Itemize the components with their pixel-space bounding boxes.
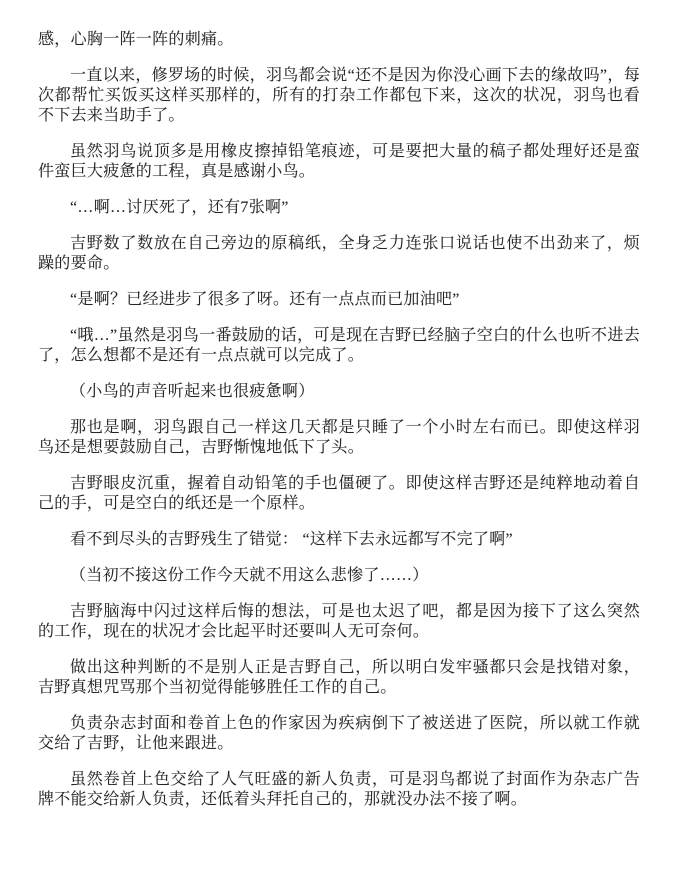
paragraph: 看不到尽头的吉野残生了错觉： “这样下去永远都写不完了啊” [38, 530, 640, 550]
paragraph: 那也是啊，羽鸟跟自己一样这几天都是只睡了一个小时左右而已。即使这样羽鸟还是想要鼓… [38, 418, 640, 458]
paragraph: 感，心胸一阵一阵的刺痛。 [38, 30, 640, 50]
paragraph: （当初不接这份工作今天就不用这么悲惨了……） [38, 566, 640, 586]
paragraph: “…啊…讨厌死了，还有7张啊” [38, 198, 640, 218]
paragraph: （小鸟的声音听起来也很疲惫啊） [38, 382, 640, 402]
paragraph: 虽然卷首上色交给了人气旺盛的新人负责，可是羽鸟都说了封面作为杂志广告牌不能交给新… [38, 770, 640, 810]
paragraph: 虽然羽鸟说顶多是用橡皮擦掉铅笔痕迹，可是要把大量的稿子都处理好还是蛮件蛮巨大疲惫… [38, 142, 640, 182]
paragraph: 吉野脑海中闪过这样后悔的想法，可是也太迟了吧，都是因为接下了这么突然的工作，现在… [38, 602, 640, 642]
paragraph: 一直以来，修罗场的时候，羽鸟都会说“还不是因为你没心画下去的缘故吗”，每次都帮忙… [38, 66, 640, 126]
paragraph: 做出这种判断的不是别人正是吉野自己，所以明白发牢骚都只会是找错对象，吉野真想咒骂… [38, 658, 640, 698]
document-page: 感，心胸一阵一阵的刺痛。 一直以来，修罗场的时候，羽鸟都会说“还不是因为你没心画… [0, 0, 680, 880]
paragraph: 负责杂志封面和卷首上色的作家因为疾病倒下了被送进了医院，所以就工作就交给了吉野，… [38, 714, 640, 754]
paragraph: “哦…”虽然是羽鸟一番鼓励的话，可是现在吉野已经脑子空白的什么也听不进去了，怎么… [38, 326, 640, 366]
paragraph: 吉野眼皮沉重，握着自动铅笔的手也僵硬了。即使这样吉野还是纯粹地动着自己的手，可是… [38, 474, 640, 514]
paragraph: “是啊？已经进步了很多了呀。还有一点点而已加油吧” [38, 290, 640, 310]
paragraph: 吉野数了数放在自己旁边的原稿纸，全身乏力连张口说话也使不出劲来了，烦躁的要命。 [38, 234, 640, 274]
